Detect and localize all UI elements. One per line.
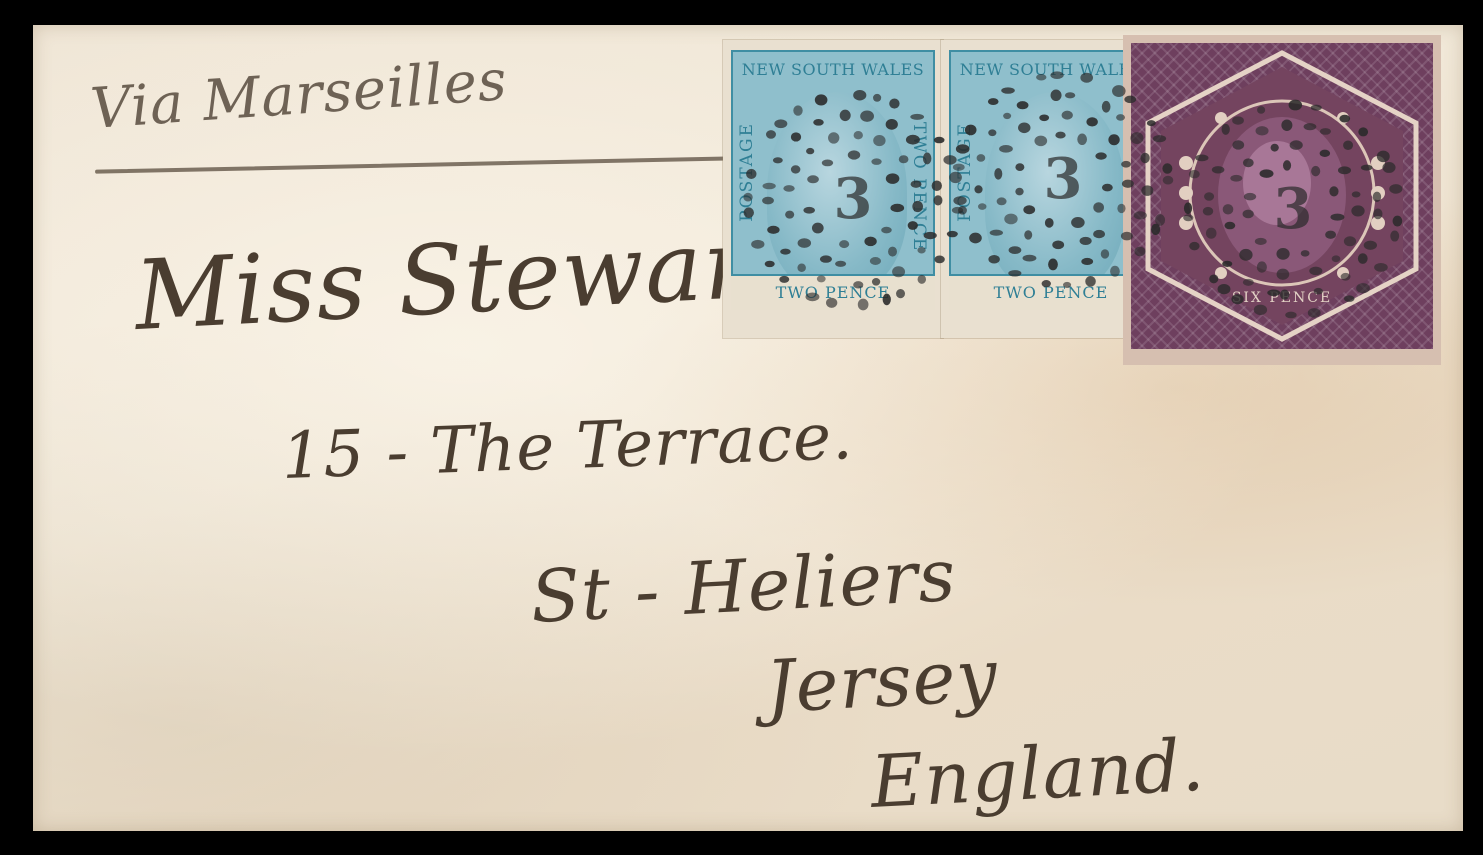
stamp-frame: NEW SOUTH WALES POSTAGE TWO PENCE [731, 50, 935, 310]
queen-portrait-icon [767, 92, 907, 292]
stamp-six-pence: SIX PENCE [1123, 35, 1441, 365]
stamp-side-label-right: TWO PENCE [909, 122, 929, 252]
stamp-two-pence-left: NEW SOUTH WALES POSTAGE TWO PENCE TWO PE… [723, 40, 943, 338]
stamp-value-label: TWO PENCE [731, 274, 935, 310]
endorsement-underline [95, 156, 735, 173]
address-line-island: Jersey [764, 633, 1000, 729]
stamp-country-label: NEW SOUTH WALES [951, 60, 1151, 79]
stamp-value-label: SIX PENCE [1123, 290, 1441, 306]
postal-cover: Via Marseilles Miss Stewart - 15 - The T… [33, 25, 1463, 831]
routing-endorsement: Via Marseilles [88, 48, 509, 142]
address-line-country: England. [869, 723, 1207, 824]
stamp-side-label-left: POSTAGE [737, 122, 757, 222]
stamp-side-label-left: POSTAGE [955, 122, 975, 222]
address-line-town: St - Heliers [529, 533, 959, 639]
stamp-country-label: NEW SOUTH WALES [733, 60, 933, 79]
address-line-street: 15 - The Terrace. [280, 400, 854, 494]
queen-portrait-icon [985, 92, 1125, 292]
